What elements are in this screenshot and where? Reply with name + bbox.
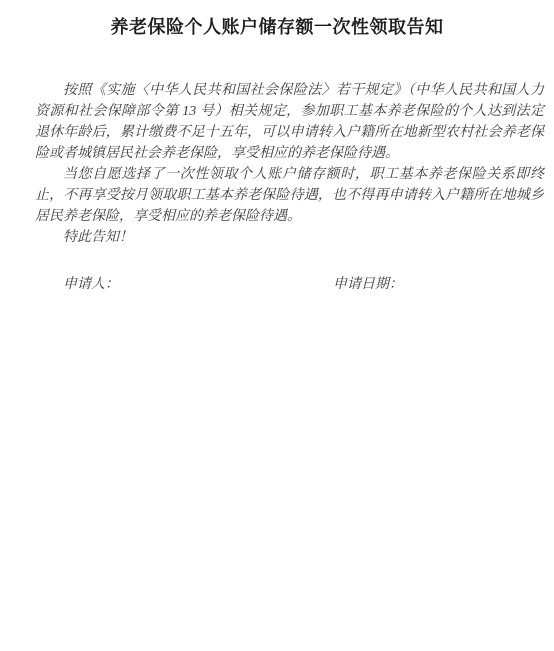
document-title: 养老保险个人账户储存额一次性领取告知 [0,14,554,40]
document-body: 按照《实施〈中华人民共和国社会保险法〉若干规定》（中华人民共和国人力资源和社会保… [35,80,544,295]
closing-statement: 特此告知！ [35,227,544,248]
applicant-label: 申请人： [63,274,119,295]
paragraph-regulation: 按照《实施〈中华人民共和国社会保险法〉若干规定》（中华人民共和国人力资源和社会保… [35,80,544,164]
document-page: 养老保险个人账户储存额一次性领取告知 按照《实施〈中华人民共和国社会保险法〉若干… [0,0,554,651]
application-date-label: 申请日期： [333,274,403,295]
paragraph-consequence: 当您自愿选择了一次性领取个人账户储存额时，职工基本养老保险关系即终止，不再享受按… [35,164,544,227]
signature-row: 申请人： 申请日期： [35,274,544,295]
